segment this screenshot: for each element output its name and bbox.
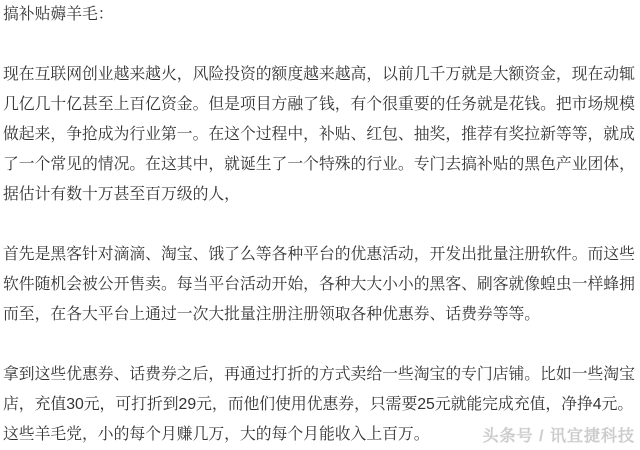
text-line: 拿到这些优惠券、话费券之后，再通过打折的方式卖给一些淘宝的专门店铺。比如一些淘宝 bbox=[3, 360, 640, 390]
text-line: 店，充值30元，可打折到29元，而他们使用优惠券，只需要25元就能完成充值，净挣… bbox=[3, 390, 640, 420]
article-page: 搞补贴薅羊毛： 现在互联网创业越来越火，风险投资的额度越来越高，以前几千万就是大… bbox=[0, 0, 640, 450]
paragraph-2: 首先是黑客针对滴滴、淘宝、饿了么等各种平台的优惠活动，开发出批量注册软件。而这些… bbox=[3, 240, 640, 330]
text-line: 做起来，争抢成为行业第一。在这个过程中，补贴、红包、抽奖，推荐有奖拉新等等，就成 bbox=[3, 120, 640, 150]
paragraph-1: 现在互联网创业越来越火，风险投资的额度越来越高，以前几千万就是大额资金，现在动辄… bbox=[3, 60, 640, 210]
text-line: 几亿几十亿甚至上百亿资金。但是项目方融了钱，有个很重要的任务就是花钱。把市场规模 bbox=[3, 90, 640, 120]
text-line: 首先是黑客针对滴滴、淘宝、饿了么等各种平台的优惠活动，开发出批量注册软件。而这些 bbox=[3, 240, 640, 270]
text-line: 据估计有数十万甚至百万级的人， bbox=[3, 180, 640, 210]
article-title: 搞补贴薅羊毛： bbox=[3, 0, 640, 30]
toutiao-watermark: 头条号 / 讯宜捷科技 bbox=[483, 423, 635, 446]
text-line: 了一个常见的情况。在这其中，就诞生了一个特殊的行业。专门去搞补贴的黑色产业团体， bbox=[3, 150, 640, 180]
text-line: 现在互联网创业越来越火，风险投资的额度越来越高，以前几千万就是大额资金，现在动辄 bbox=[3, 60, 640, 90]
text-line: 而至，在各大平台上通过一次大批量注册注册领取各种优惠券、话费券等等。 bbox=[3, 300, 640, 330]
text-line: 软件随机会被公开售卖。每当平台活动开始，各种大大小小的黑客、刷客就像蝗虫一样蜂拥 bbox=[3, 270, 640, 300]
